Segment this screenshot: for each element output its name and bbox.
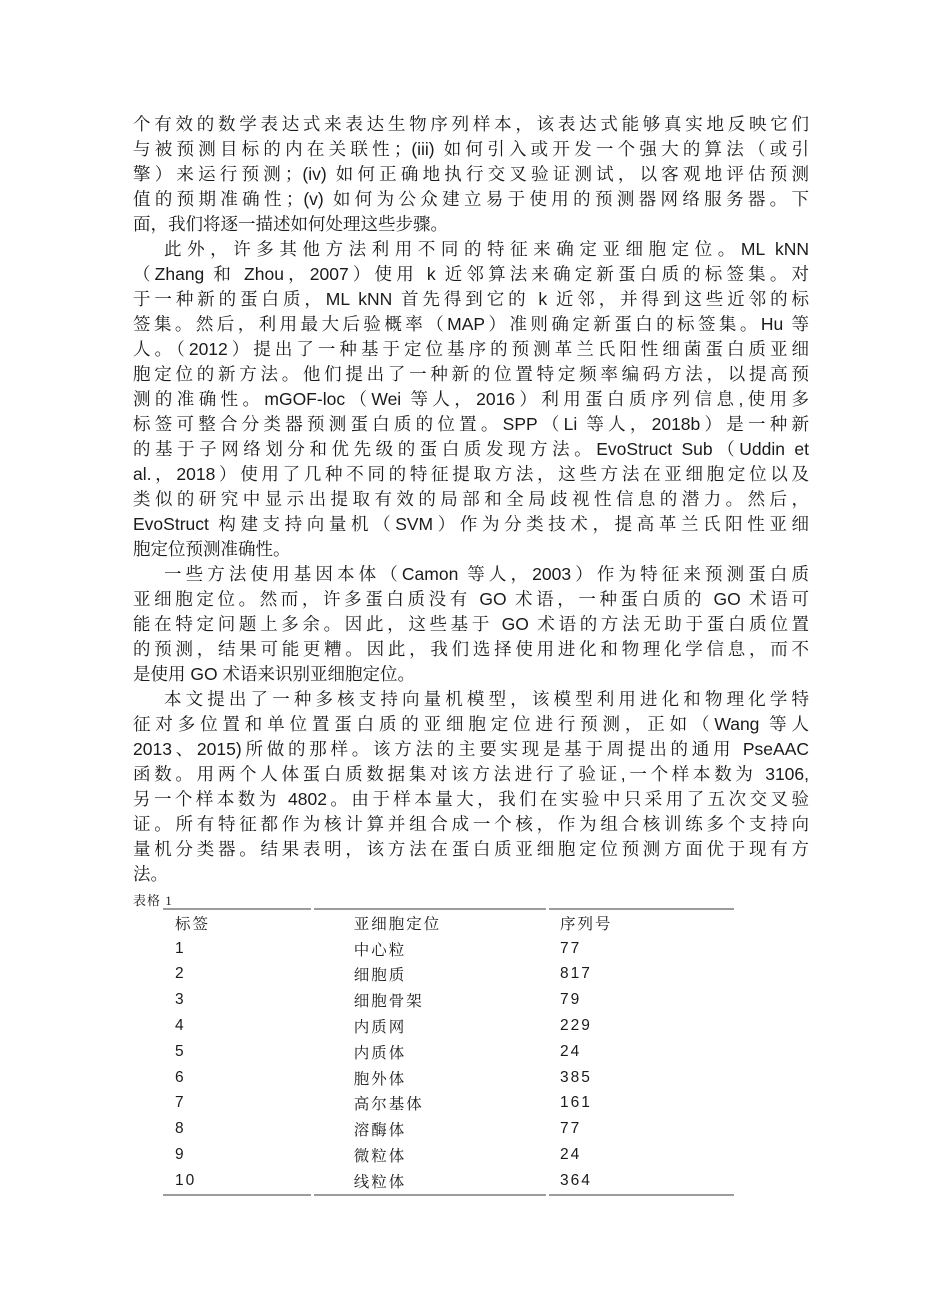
table-cell: 微粒体: [314, 1142, 546, 1168]
table-cell: 1: [163, 936, 311, 962]
data-table: 标签亚细胞定位序列号 1中心粒772细胞质8173细胞骨架794内质网2295内…: [160, 908, 737, 1196]
table-row: 7高尔基体161: [163, 1091, 734, 1117]
body-line: 擎）来运行预测；(iv) 如何正确地执行交叉验证测试，以客观地评估预测: [133, 162, 809, 187]
body-line: 2013、2015)所做的那样。该方法的主要实现是基于周提出的通用 PseAAC: [133, 737, 809, 762]
table-cell: 385: [549, 1065, 734, 1091]
table-cell: 9: [163, 1142, 311, 1168]
table-cell: 817: [549, 962, 734, 988]
table-cell: 4: [163, 1013, 311, 1039]
table-cell: 高尔基体: [314, 1091, 546, 1117]
body-line: 本文提出了一种多核支持向量机模型，该模型利用进化和物理化学特: [133, 687, 809, 712]
table-cell: 24: [549, 1039, 734, 1065]
table-cell: 胞外体: [314, 1065, 546, 1091]
body-line: 函数。用两个人体蛋白质数据集对该方法进行了验证,一个样本数为 3106,: [133, 762, 809, 787]
table-row: 1中心粒77: [163, 936, 734, 962]
body-line: 是使用 GO 术语来识别亚细胞定位。: [133, 662, 809, 687]
column-header: 序列号: [549, 908, 734, 936]
table-cell: 77: [549, 1116, 734, 1142]
table-header-row: 标签亚细胞定位序列号: [163, 908, 734, 936]
table-header: 标签亚细胞定位序列号: [163, 908, 734, 936]
body-line: 标签可整合分类器预测蛋白质的位置。SPP（Li 等人，2018b）是一种新: [133, 412, 809, 437]
table-cell: 8: [163, 1116, 311, 1142]
body-line: EvoStruct 构建支持向量机（SVM）作为分类技术，提高革兰氏阳性亚细: [133, 512, 809, 537]
body-line: 的预测，结果可能更糟。因此，我们选择使用进化和物理化学信息，而不: [133, 637, 809, 662]
table-cell: 线粒体: [314, 1168, 546, 1196]
body-line: 另一个样本数为 4802。由于样本量大，我们在实验中只采用了五次交叉验: [133, 787, 809, 812]
table-cell: 79: [549, 987, 734, 1013]
table-cell: 10: [163, 1168, 311, 1196]
table-caption: 表格 1: [133, 890, 173, 909]
table-row: 6胞外体385: [163, 1065, 734, 1091]
body-line: （Zhang 和 Zhou，2007）使用 k 近邻算法来确定新蛋白质的标签集。…: [133, 262, 809, 287]
table-cell: 7: [163, 1091, 311, 1117]
table-row: 2细胞质817: [163, 962, 734, 988]
body-line: 测的准确性。mGOF-loc（Wei 等人，2016）利用蛋白质序列信息,使用多: [133, 387, 809, 412]
document-page: 个有效的数学表达式来表达生物序列样本，该表达式能够真实地反映它们与被预测目标的内…: [0, 0, 925, 1309]
body-line: 能在特定问题上多余。因此，这些基于 GO 术语的方法无助于蛋白质位置: [133, 612, 809, 637]
body-line: 于一种新的蛋白质，ML kNN 首先得到它的 k 近邻，并得到这些近邻的标: [133, 287, 809, 312]
table-cell: 中心粒: [314, 936, 546, 962]
table-body: 1中心粒772细胞质8173细胞骨架794内质网2295内质体246胞外体385…: [163, 936, 734, 1196]
body-line: 此外，许多其他方法利用不同的特征来确定亚细胞定位。ML kNN: [133, 237, 809, 262]
table-row: 9微粒体24: [163, 1142, 734, 1168]
column-header: 亚细胞定位: [314, 908, 546, 936]
body-line: al.，2018）使用了几种不同的特征提取方法，这些方法在亚细胞定位以及: [133, 462, 809, 487]
body-line: 类似的研究中显示出提取有效的局部和全局歧视性信息的潜力。然后，: [133, 487, 809, 512]
body-line: 一些方法使用基因本体（Camon 等人，2003）作为特征来预测蛋白质: [133, 562, 809, 587]
text-block: 个有效的数学表达式来表达生物序列样本，该表达式能够真实地反映它们与被预测目标的内…: [133, 112, 809, 887]
table-row: 5内质体24: [163, 1039, 734, 1065]
body-line: 法。: [133, 862, 809, 887]
body-line: 亚细胞定位。然而，许多蛋白质没有 GO 术语，一种蛋白质的 GO 术语可: [133, 587, 809, 612]
table-cell: 24: [549, 1142, 734, 1168]
table-row: 10线粒体364: [163, 1168, 734, 1196]
table-cell: 内质网: [314, 1013, 546, 1039]
body-line: 量机分类器。结果表明，该方法在蛋白质亚细胞定位预测方面优于现有方: [133, 837, 809, 862]
body-line: 证。所有特征都作为核计算并组合成一个核，作为组合核训练多个支持向: [133, 812, 809, 837]
table-cell: 细胞质: [314, 962, 546, 988]
table-cell: 161: [549, 1091, 734, 1117]
table-cell: 2: [163, 962, 311, 988]
table-cell: 内质体: [314, 1039, 546, 1065]
body-line: 的基于子网络划分和优先级的蛋白质发现方法。EvoStruct Sub（Uddin…: [133, 437, 809, 462]
table-cell: 77: [549, 936, 734, 962]
table-cell: 364: [549, 1168, 734, 1196]
body-line: 征对多位置和单位置蛋白质的亚细胞定位进行预测，正如（Wang 等人: [133, 712, 809, 737]
table-cell: 3: [163, 987, 311, 1013]
body-line: 签集。然后，利用最大后验概率（MAP）准则确定新蛋白的标签集。Hu 等: [133, 312, 809, 337]
table-row: 8溶酶体77: [163, 1116, 734, 1142]
table-row: 3细胞骨架79: [163, 987, 734, 1013]
body-line: 胞定位的新方法。他们提出了一种新的位置特定频率编码方法，以提高预: [133, 362, 809, 387]
table-cell: 细胞骨架: [314, 987, 546, 1013]
table-cell: 6: [163, 1065, 311, 1091]
table-cell: 5: [163, 1039, 311, 1065]
body-line: 人。（2012）提出了一种基于定位基序的预测革兰氏阳性细菌蛋白质亚细: [133, 337, 809, 362]
table-cell: 溶酶体: [314, 1116, 546, 1142]
table-cell: 229: [549, 1013, 734, 1039]
body-line: 值的预期准确性；(v) 如何为公众建立易于使用的预测器网络服务器。下: [133, 187, 809, 212]
body-line: 面，我们将逐一描述如何处理这些步骤。: [133, 212, 809, 237]
column-header: 标签: [163, 908, 311, 936]
body-line: 胞定位预测准确性。: [133, 537, 809, 562]
body-line: 个有效的数学表达式来表达生物序列样本，该表达式能够真实地反映它们: [133, 112, 809, 137]
table-row: 4内质网229: [163, 1013, 734, 1039]
body-line: 与被预测目标的内在关联性；(iii) 如何引入或开发一个强大的算法（或引: [133, 137, 809, 162]
